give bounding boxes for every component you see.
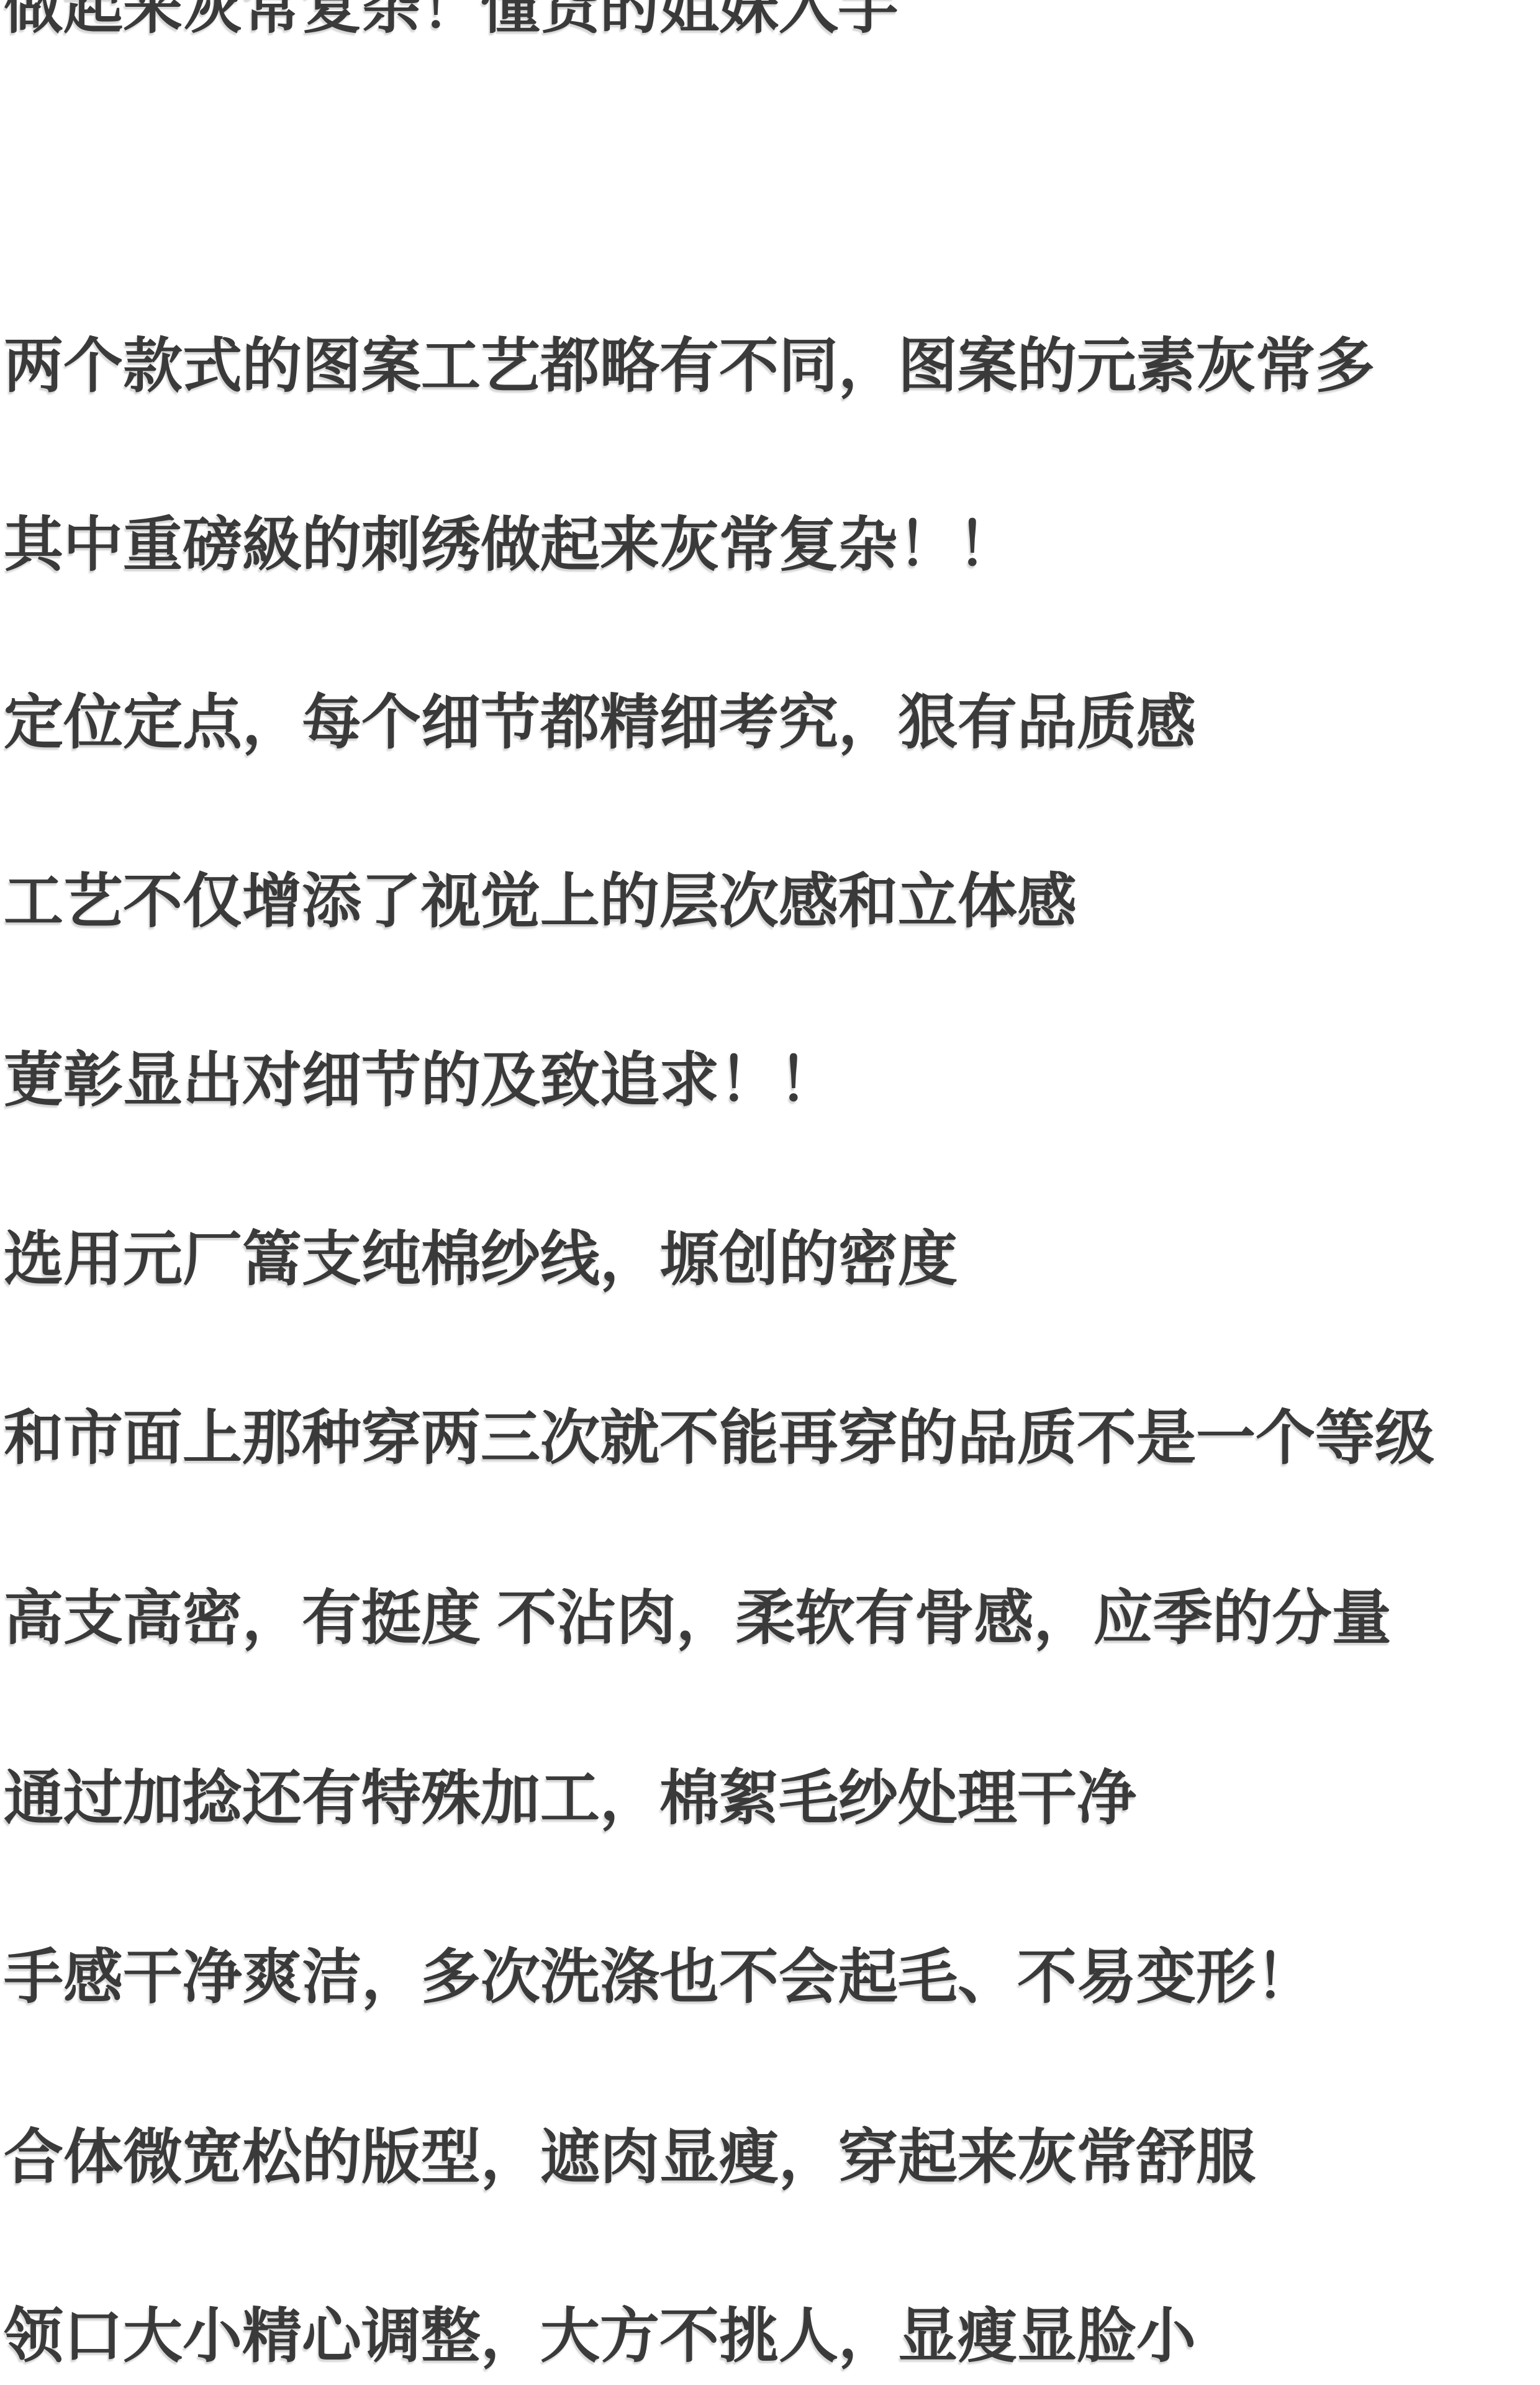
text-line-12: 合体微宽松的版型，遮肉显瘦，穿起来灰常舒服 <box>4 2128 1256 2187</box>
text-line-7: 选用元厂篙支纯棉纱线，塬创的密度 <box>4 1230 958 1289</box>
text-line-2: 两个款式的图案工艺都略有不同，图案的元素灰常多 <box>4 337 1375 396</box>
text-line-10: 通过加捻还有特殊加工，棉絮毛纱处理干净 <box>4 1769 1136 1828</box>
text-line-8: 和市面上那种穿两三次就不能再穿的品质不是一个等级 <box>4 1409 1434 1468</box>
text-line-11: 手感干净爽洁，多次洗涤也不会起毛、不易变形！ <box>4 1948 1315 2007</box>
text-line-1: 做起来灰常复杂！懂货的姐妹入手 <box>4 0 898 37</box>
text-line-9: 高支高密，有挺度 不沾肉，柔软有骨感，应季的分量 <box>4 1589 1392 1648</box>
text-line-4: 定位定点，每个细节都精细考究，狠有品质感 <box>4 693 1196 753</box>
text-line-5: 工艺不仅增添了视觉上的层次感和立体感 <box>4 872 1077 932</box>
text-line-6: 莄彰显出对细节的及致追求！！ <box>4 1051 838 1111</box>
product-description-page: { "page": { "background_color": "#ffffff… <box>0 0 1540 2385</box>
text-line-3: 其中重磅級的刺绣做起来灰常复杂！！ <box>4 516 1017 575</box>
text-line-13: 领口大小精心调整，大方不挑人，显瘦显脸小 <box>4 2307 1196 2366</box>
